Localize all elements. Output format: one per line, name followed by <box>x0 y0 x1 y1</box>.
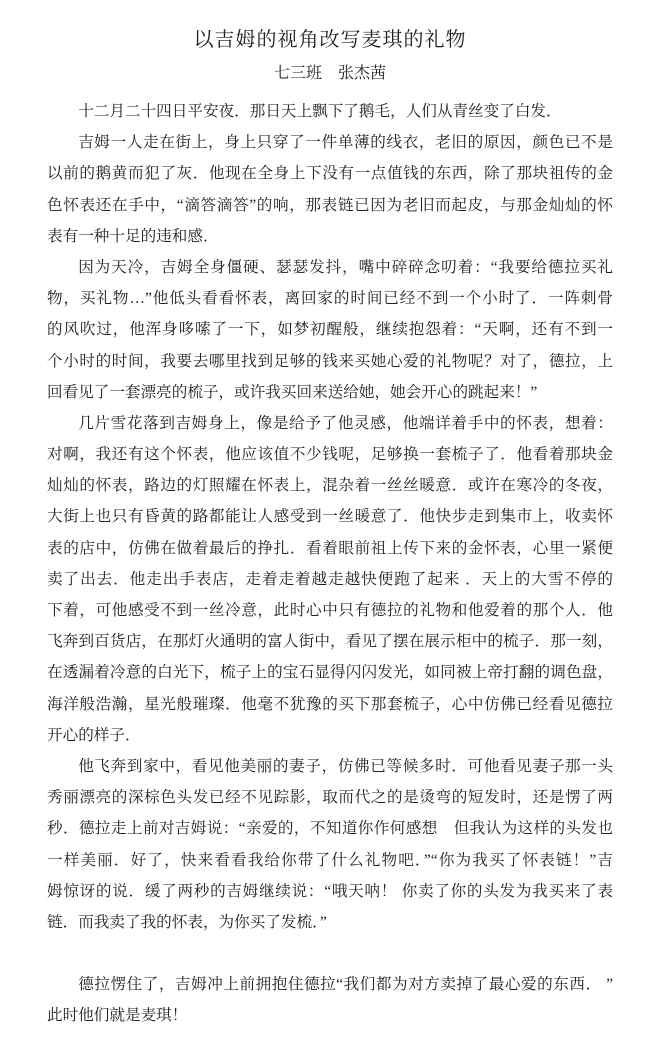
text-line: 个小时的时间，我要去哪里找到足够的钱来买她心爱的礼物呢？对了，德拉，上 <box>47 346 613 377</box>
text-line: 下着，可他感受不到一丝冷意，此时心中只有德拉的礼物和他爱着的那个人．他 <box>47 595 613 626</box>
text-line: 他飞奔到家中，看见他美丽的妻子，仿佛已等候多时．可他看见妻子那一头 <box>47 751 613 782</box>
text-line: 大街上也只有昏黄的路都能让人感受到一丝暖意了．他快步走到集市上，收卖怀 <box>47 501 613 532</box>
text-line: 德拉愣住了，吉姆冲上前拥抱住德拉“我们都为对方卖掉了最心爱的东西． ” <box>47 969 613 1000</box>
text-line: 灿灿的怀表，路边的灯照耀在怀表上，混杂着一丝丝暖意．或许在寒冷的冬夜， <box>47 470 613 501</box>
text-line: 表有一种十足的违和感． <box>47 221 613 252</box>
text-line: 表的店中，仿佛在做着最后的挣扎．看着眼前祖上传下来的金怀表，心里一紧便 <box>47 533 613 564</box>
essay-body: 十二月二十四日平安夜．那日天上飘下了鹅毛，人们从青丝变了白发．吉姆一人走在街上，… <box>47 96 613 1032</box>
essay-title: 以吉姆的视角改写麦琪的礼物 <box>47 26 613 54</box>
text-line: 开心的样子． <box>47 720 613 751</box>
text-line: 海洋般浩瀚，星光般璀璨．他毫不犹豫的买下那套梳子，心中仿佛已经看见德拉 <box>47 689 613 720</box>
text-line: 秀丽漂亮的深棕色头发已经不见踪影，取而代之的是烫弯的短发时，还是愣了两 <box>47 782 613 813</box>
paragraph: 因为天冷，吉姆全身僵硬、瑟瑟发抖，嘴中碎碎念叨着：“我要给德拉买礼物，买礼物…”… <box>47 252 613 408</box>
text-line: 的风吹过，他浑身哆嗦了一下，如梦初醒般，继续抱怨着：“天啊，还有不到一 <box>47 314 613 345</box>
text-line: 飞奔到百货店，在那灯火通明的富人街中，看见了摆在展示柜中的梳子．那一刻， <box>47 626 613 657</box>
paragraph: 十二月二十四日平安夜．那日天上飘下了鹅毛，人们从青丝变了白发． <box>47 96 613 127</box>
text-line: 以前的鹅黄而犯了灰．他现在全身上下没有一点值钱的东西，除了那块祖传的金 <box>47 158 613 189</box>
text-line: 一样美丽．好了，快来看看我给你带了什么礼物吧．”“你为我买了怀表链！”吉 <box>47 845 613 876</box>
paragraph-spacer <box>47 938 613 969</box>
blank-line <box>47 938 613 969</box>
text-line: 物，买礼物…”他低头看看怀表，离回家的时间已经不到一个小时了．一阵刺骨 <box>47 283 613 314</box>
paragraph: 他飞奔到家中，看见他美丽的妻子，仿佛已等候多时．可他看见妻子那一头秀丽漂亮的深棕… <box>47 751 613 938</box>
text-line: 链．而我卖了我的怀表，为你买了发梳．” <box>47 907 613 938</box>
text-line: 此时他们就是麦琪！ <box>47 1000 613 1031</box>
text-line: 色怀表还在手中，“滴答滴答”的响，那表链已因为老旧而起皮，与那金灿灿的怀 <box>47 190 613 221</box>
paragraph: 几片雪花落到吉姆身上，像是给予了他灵感，他端详着手中的怀表，想着：对啊，我还有这… <box>47 408 613 751</box>
text-line: 因为天冷，吉姆全身僵硬、瑟瑟发抖，嘴中碎碎念叨着：“我要给德拉买礼 <box>47 252 613 283</box>
text-line: 吉姆一人走在街上，身上只穿了一件单薄的线衣，老旧的原因，颜色已不是 <box>47 127 613 158</box>
paragraph: 吉姆一人走在街上，身上只穿了一件单薄的线衣，老旧的原因，颜色已不是以前的鹅黄而犯… <box>47 127 613 252</box>
text-line: 十二月二十四日平安夜．那日天上飘下了鹅毛，人们从青丝变了白发． <box>47 96 613 127</box>
text-line: 秒．德拉走上前对吉姆说：“亲爱的，不知道你作何感想 但我认为这样的头发也 <box>47 813 613 844</box>
text-line: 卖了出去．他走出手表店，走着走着越走越快便跑了起来 ．天上的大雪不停的 <box>47 564 613 595</box>
text-line: 在透漏着冷意的白光下，梳子上的宝石显得闪闪发光，如同被上帝打翻的调色盘， <box>47 657 613 688</box>
text-line: 几片雪花落到吉姆身上，像是给予了他灵感，他端详着手中的怀表，想着： <box>47 408 613 439</box>
text-line: 姆惊讶的说．缓了两秒的吉姆继续说：“哦天呐！ 你卖了你的头发为我买来了表 <box>47 876 613 907</box>
essay-byline: 七三班 张杰茜 <box>47 62 613 86</box>
text-line: 对啊，我还有这个怀表，他应该值不少钱呢，足够换一套梳子了．他看着那块金 <box>47 439 613 470</box>
essay-page: 以吉姆的视角改写麦琪的礼物 七三班 张杰茜 十二月二十四日平安夜．那日天上飘下了… <box>0 0 657 1047</box>
paragraph: 德拉愣住了，吉姆冲上前拥抱住德拉“我们都为对方卖掉了最心爱的东西． ”此时他们就… <box>47 969 613 1031</box>
text-line: 回看见了一套漂亮的梳子，或许我买回来送给她，她会开心的跳起来！” <box>47 377 613 408</box>
